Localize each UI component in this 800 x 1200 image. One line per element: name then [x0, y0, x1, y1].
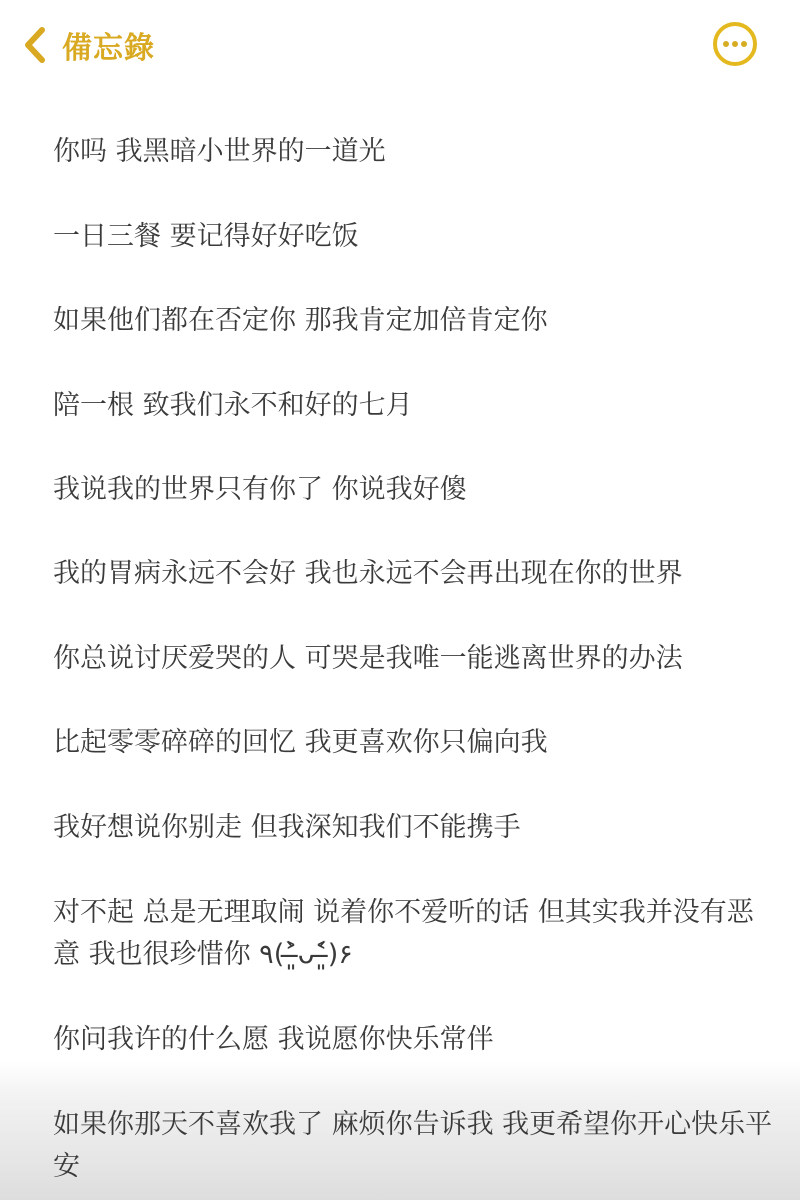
note-line: 我好想说你别走 但我深知我们不能携手 [53, 807, 773, 849]
note-line: 对不起 总是无理取闹 说着你不爱听的话 但其实我并没有恶意 我也很珍惜你 ٩(˃… [53, 892, 773, 976]
more-icon-dot [732, 41, 738, 47]
note-line: 你问我许的什么愿 我说愿你快乐常伴 [53, 1019, 773, 1061]
nav-bar: 備忘錄 [0, 0, 800, 90]
note-line: 你吗 我黑暗小世界的一道光 [53, 131, 773, 173]
more-button[interactable] [713, 22, 757, 66]
note-line: 陪一根 致我们永不和好的七月 [53, 385, 773, 427]
chevron-left-icon [22, 25, 48, 65]
more-icon-dot [723, 41, 729, 47]
note-line: 你总说讨厌爱哭的人 可哭是我唯一能逃离世界的办法 [53, 638, 773, 680]
back-label: 備忘錄 [62, 23, 155, 67]
note-line: 一日三餐 要记得好好吃饭 [53, 216, 773, 258]
back-button[interactable]: 備忘錄 [22, 22, 155, 68]
more-icon-dot [741, 41, 747, 47]
note-line: 比起零零碎碎的回忆 我更喜欢你只偏向我 [53, 722, 773, 764]
note-line: 我的胃病永远不会好 我也永远不会再出现在你的世界 [53, 553, 773, 595]
note-line: 我说我的世界只有你了 你说我好傻 [53, 469, 773, 511]
note-line: 如果你那天不喜欢我了 麻烦你告诉我 我更希望你开心快乐平安 [53, 1104, 773, 1188]
note-line: 如果他们都在否定你 那我肯定加倍肯定你 [53, 300, 773, 342]
